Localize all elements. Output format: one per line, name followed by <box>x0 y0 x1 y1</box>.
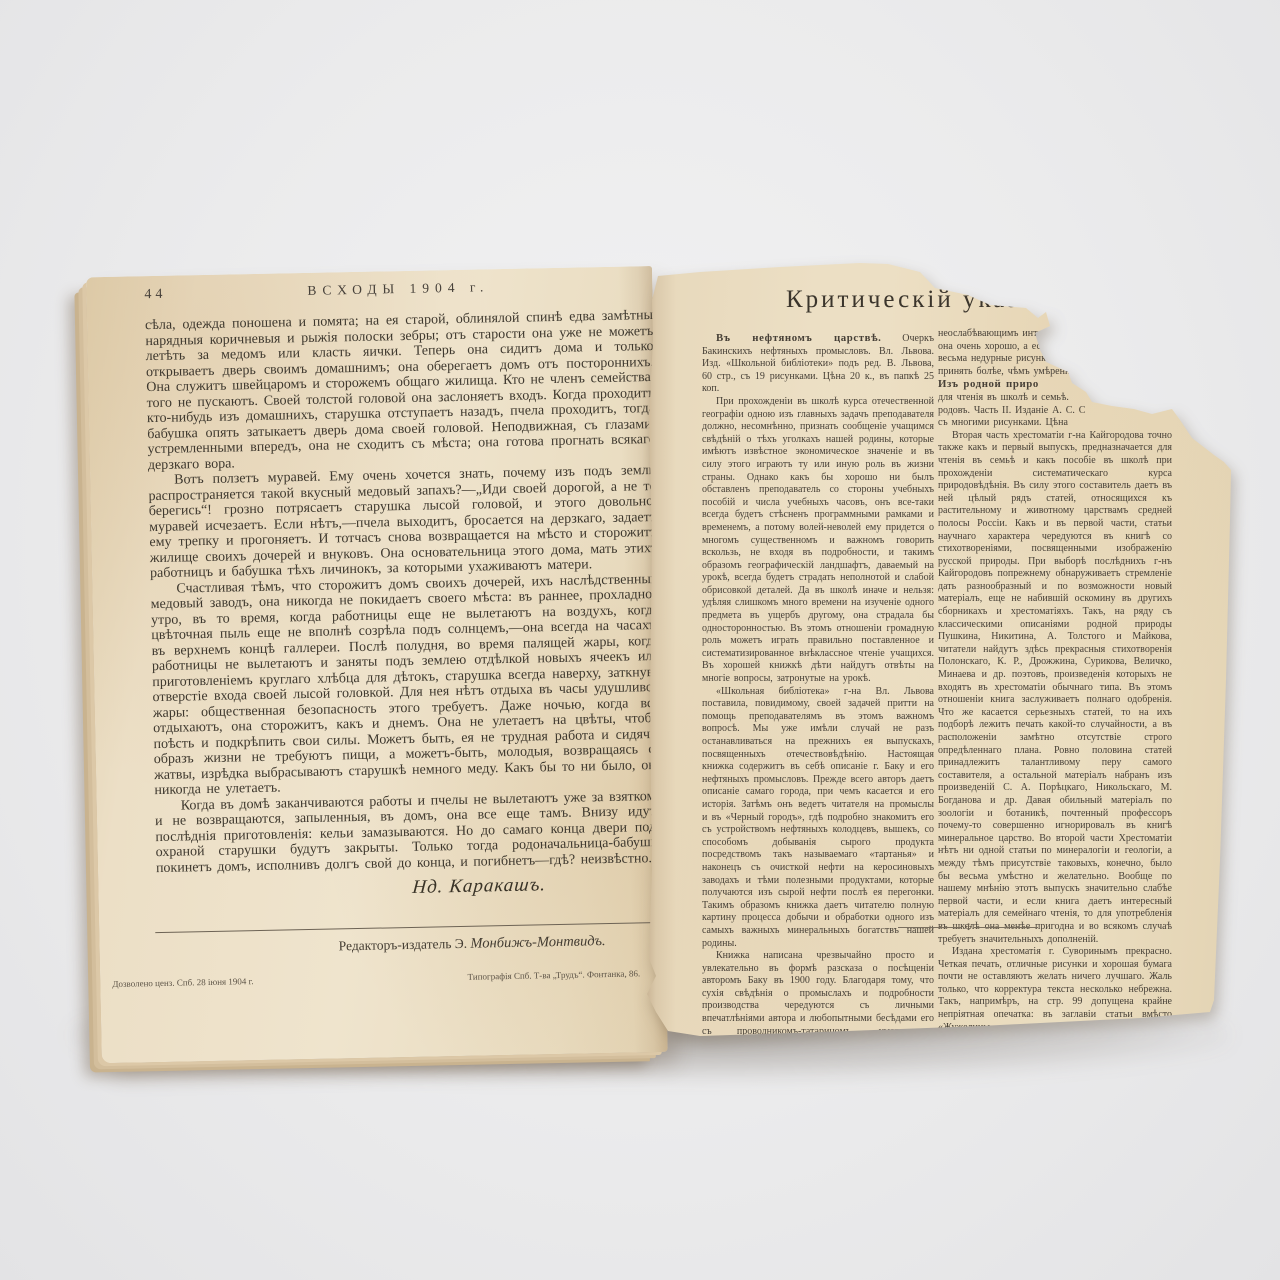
page-number: 44 <box>144 285 234 303</box>
ornament-line <box>898 927 962 928</box>
section-title: Критическій указате <box>786 286 1062 314</box>
ornament-line <box>974 927 1038 928</box>
left-page: 44 ВСХОДЫ 1904 г. сѣла, одежда поношена … <box>86 266 668 1063</box>
torn-line: она очень хорошо, а если <box>938 341 1172 354</box>
left-page-body: сѣла, одежда поношена и помята; на ея ст… <box>145 308 664 876</box>
printer-note: Типографія Спб. Т-ва „Трудъ“. Фонтанка, … <box>467 968 640 981</box>
right-page-paper: Критическій указате Въ нефтяномъ царствѣ… <box>646 256 1236 1040</box>
torn-line: для чтенія въ школѣ и семьѣ. <box>938 392 1172 405</box>
imprint-row: Дозволено ценз. Спб. 28 іюня 1904 г. Тип… <box>112 968 668 989</box>
paragraph: Когда въ домѣ заканчиваются работы и пче… <box>155 788 664 876</box>
torn-line: родовъ. Часть II. Изданіе А. С. С <box>938 405 1172 418</box>
left-page-header: 44 ВСХОДЫ 1904 г. <box>144 276 652 303</box>
paragraph: сѣла, одежда поношена и помята; на ея ст… <box>145 308 656 473</box>
paragraph: Вторая часть хрестоматіи г-на Кайгородов… <box>938 430 1172 946</box>
right-page-left-column: Въ нефтяномъ царствѣ. Очеркъ Бакинскихъ … <box>702 332 934 1076</box>
review-title-torn: Изъ родной приро <box>938 378 1172 392</box>
paragraph: Счастливая тѣмъ, что сторожитъ домъ свои… <box>150 571 662 798</box>
paragraph: Вотъ ползетъ муравей. Ему очень хочется … <box>148 463 658 582</box>
torn-line: неослабѣвающимъ интере <box>938 328 1172 341</box>
divider-ornament-icon: ✣ <box>898 922 1038 933</box>
footer-rule <box>155 922 667 933</box>
left-page-text-block: 44 ВСХОДЫ 1904 г. сѣла, одежда поношена … <box>144 276 664 876</box>
running-title: ВСХОДЫ 1904 г. <box>234 276 652 300</box>
review-title: Въ нефтяномъ царствѣ. <box>716 332 881 344</box>
paragraph: «Школьная библіотека» г-на Вл. Львова по… <box>702 686 934 950</box>
review-lead: Въ нефтяномъ царствѣ. Очеркъ Бакинскихъ … <box>702 332 934 396</box>
editor-prefix: Редакторъ-издатель Э. <box>339 936 471 954</box>
book-photo: 44 ВСХОДЫ 1904 г. сѣла, одежда поношена … <box>0 0 1280 1280</box>
right-page: Критическій указате Въ нефтяномъ царствѣ… <box>646 256 1236 1040</box>
right-page-right-column: неослабѣвающимъ интере она очень хорошо,… <box>938 328 1172 1059</box>
censor-note: Дозволено ценз. Спб. 28 іюня 1904 г. <box>112 976 253 989</box>
review-title: Изъ родной приро <box>938 378 1039 390</box>
torn-line: съ многими рисунками. Цѣна <box>938 417 1172 430</box>
author-signature: Нд. Каракашъ. <box>412 874 548 899</box>
editor-line: Редакторъ-издатель Э. Монбижъ-Монтвидъ. <box>339 933 606 955</box>
ornament-glyph: ✣ <box>962 922 975 933</box>
paragraph: При прохожденіи въ школѣ курса отечестве… <box>702 396 934 686</box>
torn-line: принять болѣе, чѣмъ умѣренн <box>938 366 1172 379</box>
torn-line: весьма недурные рисунки, то <box>938 353 1172 366</box>
editor-name: Монбижъ-Монтвидъ. <box>470 933 605 952</box>
